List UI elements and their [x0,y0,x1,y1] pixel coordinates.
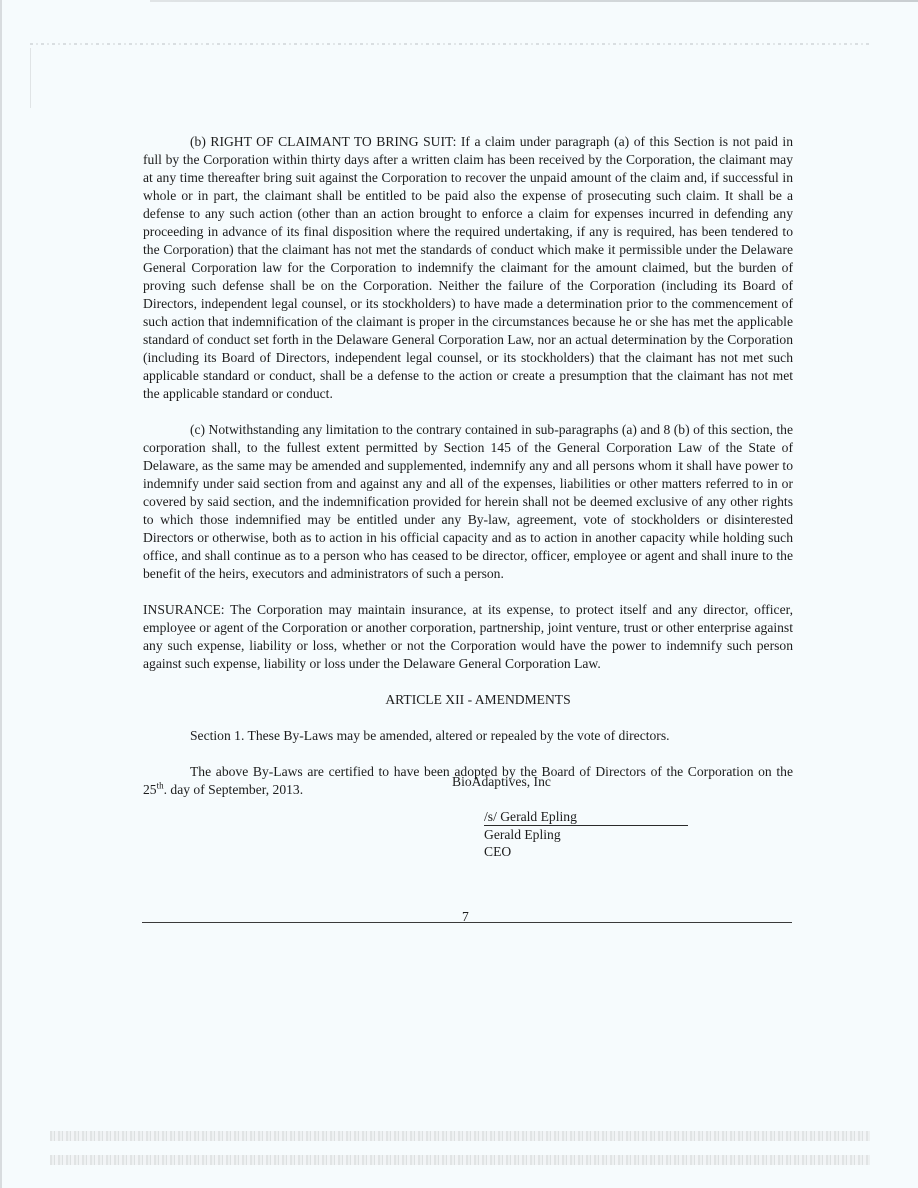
paragraph-notwithstanding: (c) Notwithstanding any limitation to th… [143,421,793,583]
footer-rule [142,922,792,923]
scan-artifact-bottom [50,1131,870,1141]
page-top-edge [150,0,918,2]
paragraph-right-of-claimant: (b) RIGHT OF CLAIMANT TO BRING SUIT: If … [143,133,793,403]
scan-artifact-bottom [50,1155,870,1165]
document-body: (b) RIGHT OF CLAIMANT TO BRING SUIT: If … [143,133,793,799]
company-name: BioAdaptives, Inc [452,773,688,790]
certification-text-after: . day of September, 2013. [164,782,304,797]
certification-superscript: th [157,780,164,790]
article-heading: ARTICLE XII - AMENDMENTS [143,691,793,709]
page-left-edge [0,0,2,1188]
signature-block: BioAdaptives, Inc /s/ Gerald Epling Gera… [452,773,688,860]
signer-name: Gerald Epling [484,826,688,843]
scan-artifact-top [30,43,870,45]
signer-title: CEO [484,843,688,860]
section-1-text: Section 1. These By-Laws may be amended,… [143,727,793,745]
paragraph-insurance: INSURANCE: The Corporation may maintain … [143,601,793,673]
scan-artifact-left [30,48,31,108]
signature-line: /s/ Gerald Epling [484,808,688,826]
